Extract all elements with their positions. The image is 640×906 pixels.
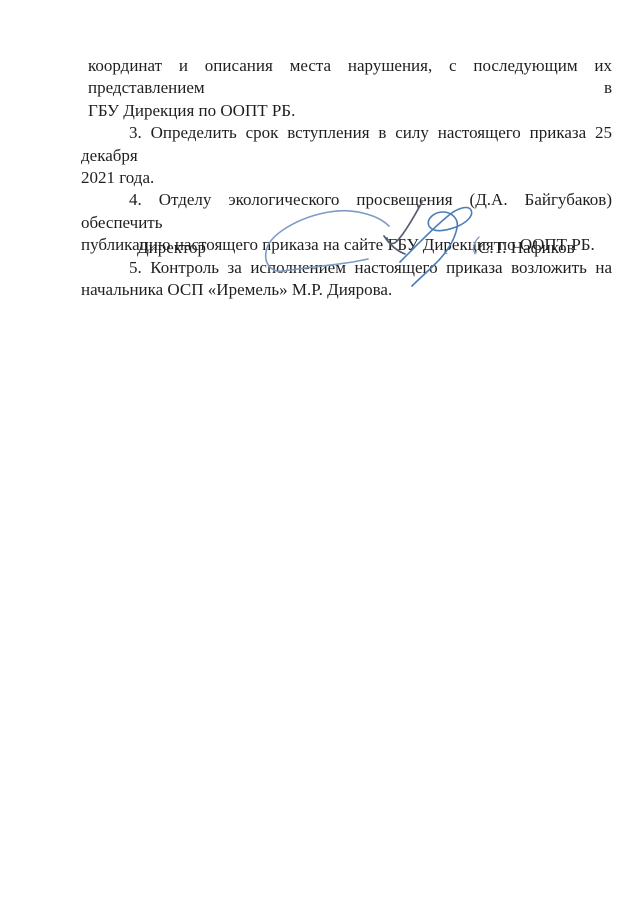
text-line: 2021 года. [81,167,612,189]
signature-flourish-stroke [474,237,479,254]
signer-name: С.Т. Нафиков [478,237,575,259]
paragraph: координат и описания места нарушения, с … [88,55,612,122]
paragraph: 3. Определить срок вступления в силу нас… [81,122,612,189]
document-page: координат и описания места нарушения, с … [0,0,640,906]
signature-role-label: Директор [137,237,206,259]
text-line: 3. Определить срок вступления в силу нас… [81,122,612,167]
text-line: ГБУ Дирекция по ООПТ РБ. [88,100,612,122]
signature-oval-stroke [266,211,389,272]
signature-loops-stroke [400,208,472,286]
handwritten-signature-icon [255,195,485,300]
text-line: координат и описания места нарушения, с … [88,55,612,100]
